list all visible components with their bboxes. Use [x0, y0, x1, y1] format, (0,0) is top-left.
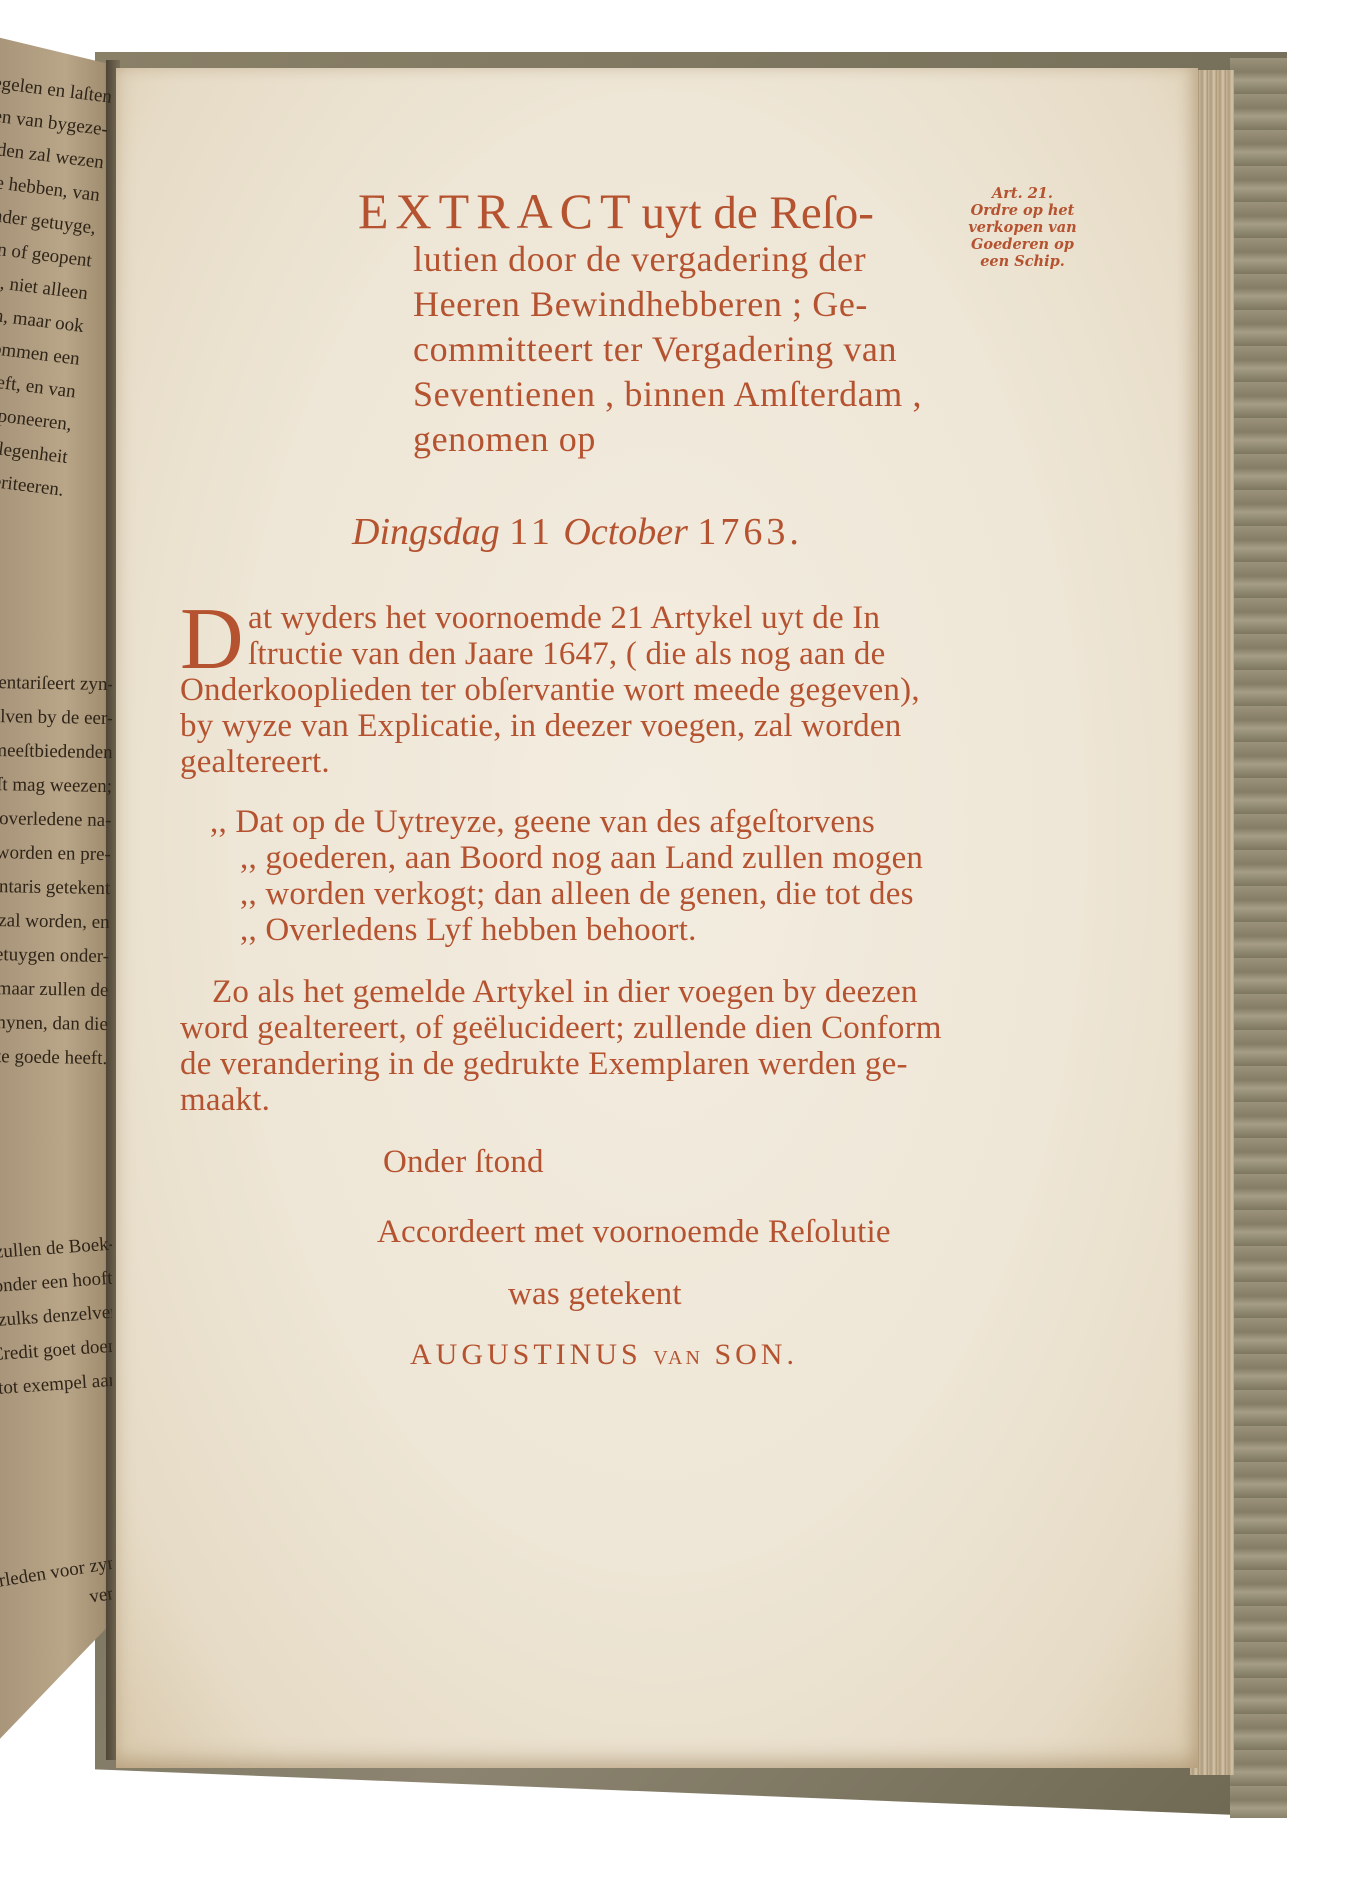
date-year: 1763. — [697, 511, 803, 553]
quotation-line: ,, Overledens Lyf hebben behoort. — [240, 912, 697, 948]
left-page-line: aan den meeſtbiedenden — [0, 739, 112, 764]
left-page-line: men genoſt mag weezen; — [0, 773, 112, 798]
heading-line: Seventienen , binnen Amſterdam , — [413, 373, 922, 415]
left-page-line: en of verzegelen en laſten — [0, 72, 113, 109]
left-page-line: Compagnie te goede heeft. — [0, 1045, 107, 1071]
heading-line: Heeren Bewindhebberen ; Ge- — [413, 283, 868, 325]
margin-note-line: Art. 21. — [965, 185, 1080, 202]
left-page-line: en, en zulks denzelven — [0, 1301, 112, 1335]
left-page-line: e den Inventaris getekent — [0, 875, 110, 900]
left-page-text-middle: orlyk geinventariſeert zyn- der dezelven… — [0, 672, 112, 1112]
margin-note-line: Goederen op — [965, 236, 1080, 253]
quotation-line: ,, goederen, aan Boord nog aan Land zull… — [240, 840, 923, 876]
left-page-line: gemaakt zal worden, en — [0, 909, 110, 934]
paragraph-line: Zo als het gemelde Artykel in dier voege… — [212, 974, 918, 1010]
date-day-number: 11 — [509, 511, 554, 553]
left-page-text-foot: den Overleden voor zyn ver- — [0, 1540, 112, 1610]
left-page-line: meriteeren. — [0, 469, 65, 501]
drop-cap: D — [180, 600, 244, 680]
heading: EXTRACT uyt de Reſo- — [358, 182, 874, 240]
left-page-line: en; allen onder een hooft, — [0, 1267, 112, 1302]
quotation-line: ,, Dat op de Uytreyze, geene van des afg… — [210, 804, 875, 840]
left-page-text-bottom: zynde, zullen de Boek- en; allen onder e… — [0, 1228, 112, 1408]
heading-line: lutien door de vergadering der — [413, 238, 866, 280]
left-page-text-top: en of verzegelen en laſten getuygen van … — [0, 72, 117, 542]
margin-note-line: verkopen van — [965, 219, 1080, 236]
left-page-line: orlyk geinventariſeert zyn- — [0, 672, 112, 696]
left-page-line: der dezelven by de eer- — [0, 705, 112, 730]
paragraph-line: de verandering in de gedrukte Exemplaren… — [180, 1046, 908, 1082]
margin-note-line: Ordre op het — [965, 202, 1080, 219]
paragraph-line: by wyze van Explicatie, in deezer voegen… — [180, 708, 901, 744]
date-line: Dingsdag 11 October 1763. — [352, 510, 803, 554]
left-page-line: giſtreert, maar zullen de — [0, 977, 109, 1002]
paragraph-line: ſtructie van den Jaare 1647, ( die als n… — [248, 636, 885, 672]
left-page-line: zynde, zullen de Boek- — [0, 1233, 112, 1267]
date-day: Dingsdag — [352, 511, 500, 553]
paragraph-line: word gealtereert, of geëlucideert; zulle… — [180, 1010, 942, 1046]
left-page-line: en laten mynen, dan die — [0, 1011, 108, 1036]
heading-line: genomen op — [413, 418, 596, 460]
heading-title-caps: EXTRACT — [358, 183, 638, 239]
signature-last-name: SON. — [714, 1338, 798, 1371]
book-cover-right-edge — [1230, 58, 1287, 1818]
left-page-line: preſente getuygen onder- — [0, 943, 109, 968]
signature: AUGUSTINUS VAN SON. — [410, 1338, 798, 1372]
quotation-line: ,, worden verkogt; dan alleen de genen, … — [240, 876, 914, 912]
left-page-line: p zyn Credit goet doen, — [0, 1335, 112, 1369]
left-page-line: zyn, als de overledene na- — [0, 807, 112, 832]
paragraph-line: gealtereert. — [180, 744, 330, 780]
closing-onder-stond: Onder ſtond — [383, 1144, 544, 1180]
signature-first-name: AUGUSTINUS — [410, 1338, 642, 1371]
heading-line: committeert ter Vergadering van — [413, 328, 897, 370]
paragraph-line: at wyders het voornoemde 21 Artykel uyt … — [248, 600, 880, 636]
left-page-line: ver- — [88, 1582, 112, 1608]
heading-title-rest: uyt de Reſo- — [642, 187, 874, 239]
closing-was-getekent: was getekent — [508, 1276, 682, 1312]
left-page-line: eroepen worden en pre- — [0, 841, 111, 866]
date-month: October — [563, 511, 688, 553]
closing-accordeert: Accordeert met voornoemde Reſolutie — [377, 1214, 891, 1250]
signature-van: VAN — [653, 1347, 703, 1369]
heading-title: EXTRACT uyt de Reſo- — [358, 182, 874, 240]
margin-note-line: een Schip. — [965, 253, 1080, 270]
left-page-line: agter, tot exempel aan- — [0, 1369, 112, 1403]
paragraph-line: maakt. — [180, 1082, 270, 1118]
paragraph-line: Onderkooplieden ter obſervantie wort mee… — [180, 672, 920, 708]
margin-note: Art. 21. Ordre op het verkopen van Goede… — [965, 185, 1080, 270]
